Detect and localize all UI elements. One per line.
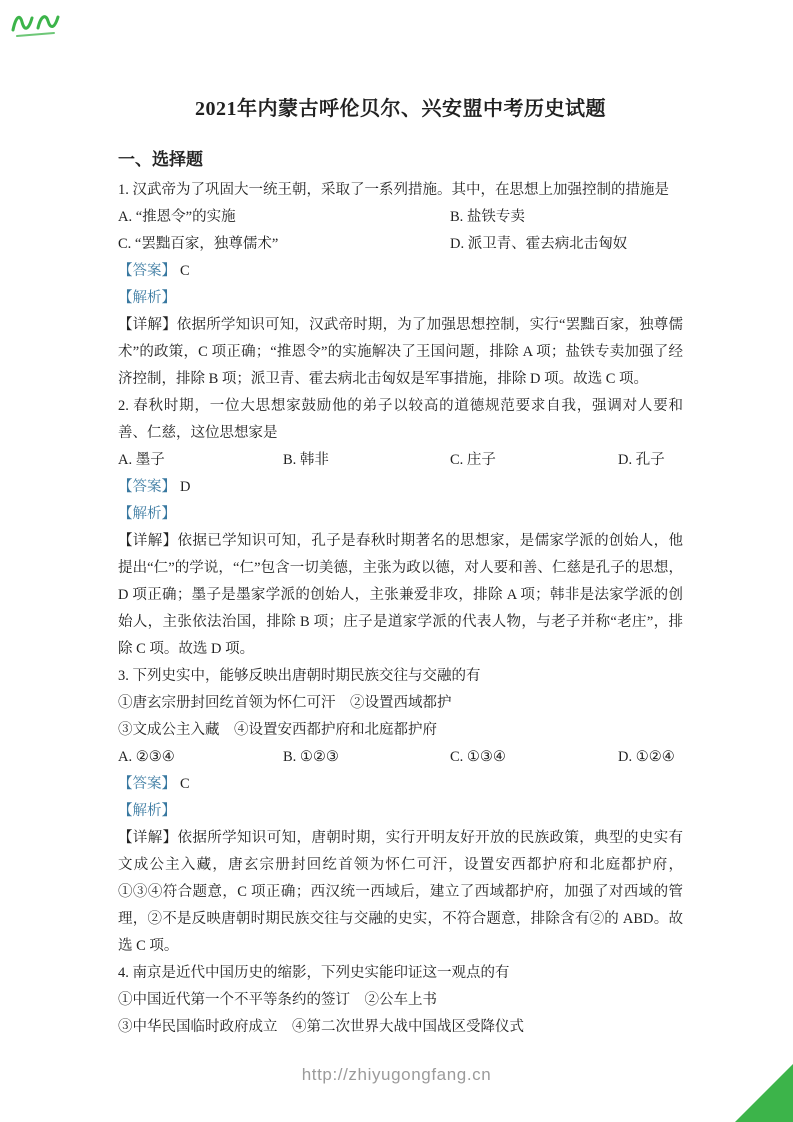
question-2-detail: 【详解】依据已学知识可知，孔子是春秋时期著名的思想家，是儒家学派的创始人，他提出…	[118, 528, 683, 663]
question-1-option-c: C. “罢黜百家，独尊儒术”	[118, 231, 450, 258]
question-1-option-d: D. 派卫青、霍去病北击匈奴	[450, 231, 627, 258]
question-3-items-line-2: ③文成公主入藏 ④设置安西都护府和北庭都护府	[118, 717, 683, 744]
question-4-items-line-1: ①中国近代第一个不平等条约的签订 ②公车上书	[118, 987, 683, 1014]
question-1-stem: 1. 汉武帝为了巩固大一统王朝，采取了一系列措施。其中，在思想上加强控制的措施是	[118, 177, 683, 204]
answer-label: 【答案】	[118, 263, 176, 279]
question-1-answer-value: C	[180, 263, 190, 279]
question-1-analysis-label: 【解析】	[118, 285, 683, 312]
question-3-option-row: A. ②③④ B. ①②③ C. ①③④ D. ①②④	[118, 744, 683, 771]
answer-label: 【答案】	[118, 479, 176, 495]
question-1-answer-line: 【答案】C	[118, 258, 683, 285]
question-4: 4. 南京是近代中国历史的缩影，下列史实能印证这一观点的有 ①中国近代第一个不平…	[118, 960, 683, 1041]
question-1-option-row-2: C. “罢黜百家，独尊儒术” D. 派卫青、霍去病北击匈奴	[118, 231, 683, 258]
watermark-site-url: http://zhiyugongfang.cn	[0, 1065, 793, 1085]
exam-paper-page: 2021年内蒙古呼伦贝尔、兴安盟中考历史试题 一、选择题 1. 汉武帝为了巩固大…	[0, 0, 793, 1122]
question-3-items-line-1: ①唐玄宗册封回纥首领为怀仁可汗 ②设置西域都护	[118, 690, 683, 717]
question-4-items-line-2: ③中华民国临时政府成立 ④第二次世界大战中国战区受降仪式	[118, 1014, 683, 1041]
question-4-stem: 4. 南京是近代中国历史的缩影，下列史实能印证这一观点的有	[118, 960, 683, 987]
answer-label: 【答案】	[118, 776, 176, 792]
question-3-option-b: B. ①②③	[283, 744, 450, 771]
question-3: 3. 下列史实中，能够反映出唐朝时期民族交往与交融的有 ①唐玄宗册封回纥首领为怀…	[118, 663, 683, 960]
green-scribble-watermark-icon	[8, 6, 62, 45]
question-3-answer-line: 【答案】C	[118, 771, 683, 798]
section-heading: 一、选择题	[118, 148, 683, 172]
question-1-option-row-1: A. “推恩令”的实施 B. 盐铁专卖	[118, 204, 683, 231]
question-1-option-b: B. 盐铁专卖	[450, 204, 525, 231]
question-3-option-d: D. ①②④	[618, 744, 675, 771]
question-2-answer-line: 【答案】D	[118, 474, 683, 501]
green-corner-triangle-icon	[735, 1064, 793, 1122]
question-2-option-d: D. 孔子	[618, 447, 665, 474]
document-body: 2021年内蒙古呼伦贝尔、兴安盟中考历史试题 一、选择题 1. 汉武帝为了巩固大…	[118, 0, 683, 1041]
question-2-option-b: B. 韩非	[283, 447, 450, 474]
question-3-analysis-label: 【解析】	[118, 798, 683, 825]
question-2-option-row: A. 墨子 B. 韩非 C. 庄子 D. 孔子	[118, 447, 683, 474]
question-3-stem: 3. 下列史实中，能够反映出唐朝时期民族交往与交融的有	[118, 663, 683, 690]
question-3-option-c: C. ①③④	[450, 744, 618, 771]
question-3-option-a: A. ②③④	[118, 744, 283, 771]
question-2-option-a: A. 墨子	[118, 447, 283, 474]
question-1-option-a: A. “推恩令”的实施	[118, 204, 450, 231]
question-2-stem: 2. 春秋时期，一位大思想家鼓励他的弟子以较高的道德规范要求自我，强调对人要和善…	[118, 393, 683, 447]
question-3-answer-value: C	[180, 776, 190, 792]
question-2-analysis-label: 【解析】	[118, 501, 683, 528]
question-1: 1. 汉武帝为了巩固大一统王朝，采取了一系列措施。其中，在思想上加强控制的措施是…	[118, 177, 683, 393]
page-title: 2021年内蒙古呼伦贝尔、兴安盟中考历史试题	[118, 95, 683, 123]
question-3-detail: 【详解】依据所学知识可知，唐朝时期，实行开明友好开放的民族政策，典型的史实有文成…	[118, 825, 683, 960]
question-2-answer-value: D	[180, 479, 190, 495]
question-2-option-c: C. 庄子	[450, 447, 618, 474]
question-2: 2. 春秋时期，一位大思想家鼓励他的弟子以较高的道德规范要求自我，强调对人要和善…	[118, 393, 683, 663]
question-1-detail: 【详解】依据所学知识可知，汉武帝时期，为了加强思想控制，实行“罢黜百家，独尊儒术…	[118, 312, 683, 393]
